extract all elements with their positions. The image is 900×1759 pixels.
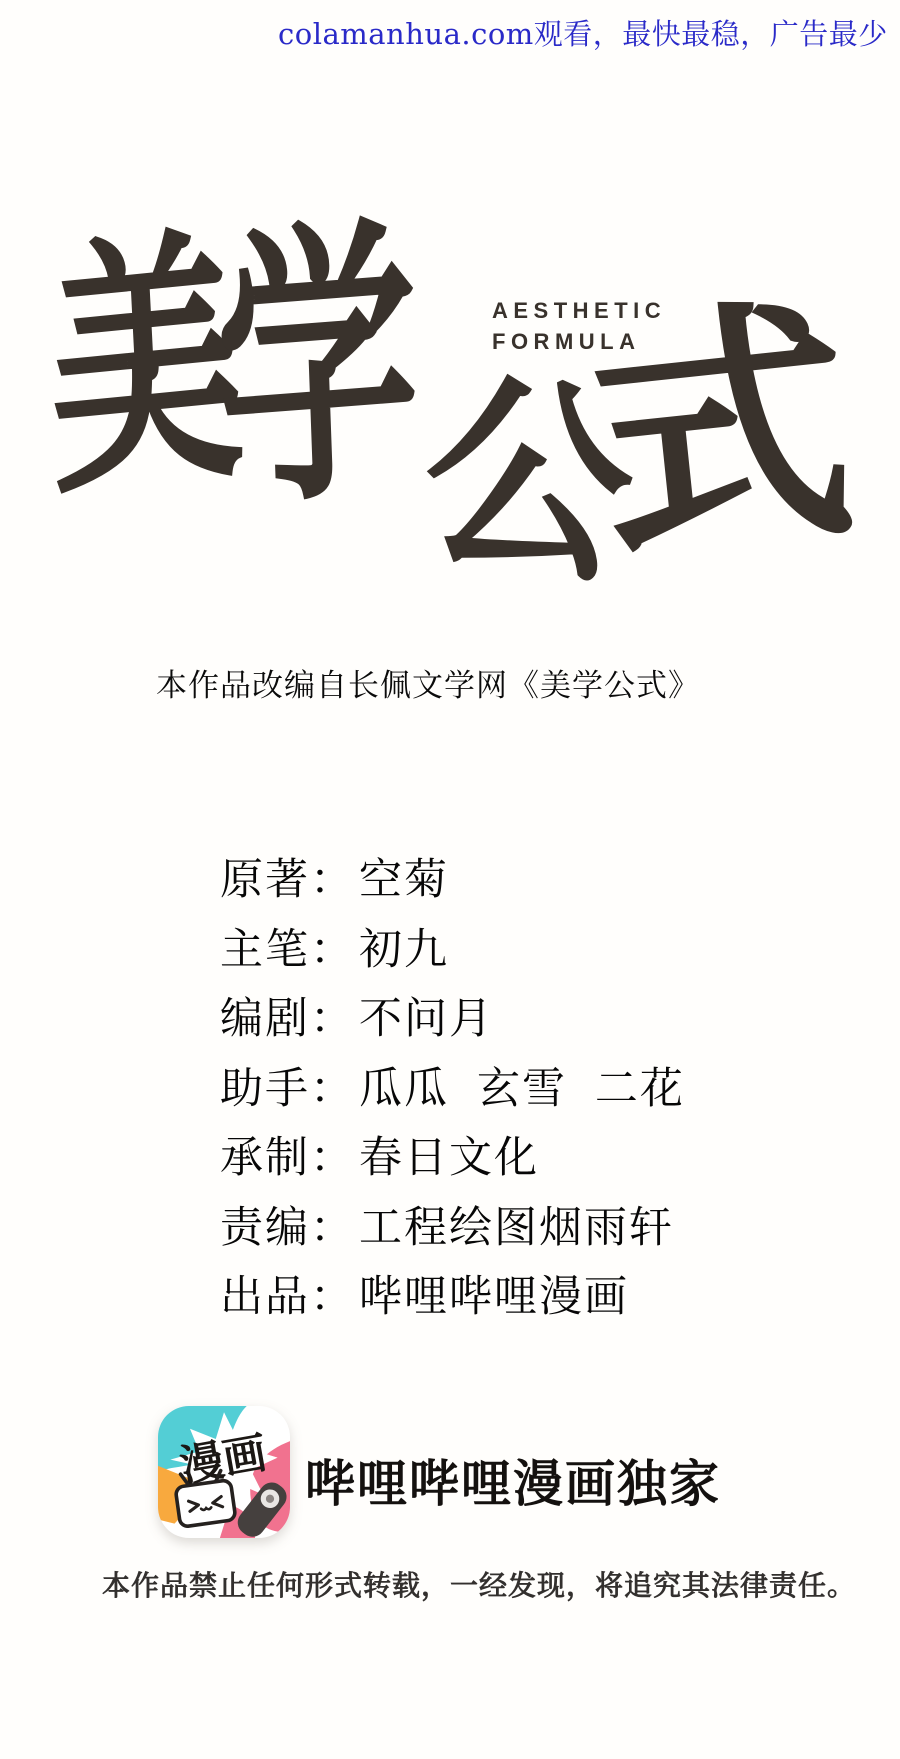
credits-list: 原著： 空菊 主笔： 初九 编剧： 不问月 助手： 瓜瓜 玄雪 二花 承制： 春… xyxy=(220,842,685,1329)
credit-label: 主笔： xyxy=(220,916,355,977)
title-logo: 美 学 公 式 AESTHETIC FORMULA xyxy=(0,0,900,650)
credit-value: 瓜瓜 玄雪 二花 xyxy=(359,1055,685,1116)
credit-row-screenwriter: 编剧： 不问月 xyxy=(220,981,685,1051)
adaptation-note: 本作品改编自长佩文学网《美学公式》 xyxy=(156,660,700,705)
bilibili-manga-app-icon: 漫画 xyxy=(158,1406,290,1538)
credit-value: 哔哩哔哩漫画 xyxy=(359,1263,629,1324)
credit-row-editor: 责编： 工程绘图烟雨轩 xyxy=(220,1190,685,1260)
credit-value: 不问月 xyxy=(359,985,494,1046)
exclusive-banner-text: 哔哩哔哩漫画独家 xyxy=(305,1444,721,1516)
publisher-strip: 漫画 哔哩哔哩漫画独家 xyxy=(158,1406,818,1546)
credit-value: 初九 xyxy=(359,916,449,977)
english-title-line1: AESTHETIC xyxy=(492,296,666,327)
credit-row-original-author: 原著： 空菊 xyxy=(220,842,685,912)
credit-label: 承制： xyxy=(220,1124,355,1185)
credit-label: 编剧： xyxy=(220,985,355,1046)
credit-label: 助手： xyxy=(220,1055,355,1116)
credit-label: 出品： xyxy=(220,1263,355,1324)
credit-row-production: 承制： 春日文化 xyxy=(220,1120,685,1190)
disclaimer-text: 本作品禁止任何形式转载，一经发现，将追究其法律责任。 xyxy=(102,1564,856,1604)
english-title: AESTHETIC FORMULA xyxy=(492,296,666,358)
credit-label: 责编： xyxy=(220,1194,355,1255)
logo-char-xue: 学 xyxy=(212,213,424,522)
credit-value: 空菊 xyxy=(359,846,449,907)
credit-row-publisher: 出品： 哔哩哔哩漫画 xyxy=(220,1259,685,1329)
credit-row-assistants: 助手： 瓜瓜 玄雪 二花 xyxy=(220,1051,685,1121)
credit-value: 工程绘图烟雨轩 xyxy=(359,1194,674,1255)
credit-value: 春日文化 xyxy=(359,1124,539,1185)
credit-row-lead-artist: 主笔： 初九 xyxy=(220,912,685,982)
english-title-line2: FORMULA xyxy=(492,327,666,358)
credit-label: 原著： xyxy=(220,846,355,907)
comic-credits-page: colamanhua.com观看，最快最稳，广告最少 美 学 公 式 AESTH… xyxy=(0,0,900,1759)
